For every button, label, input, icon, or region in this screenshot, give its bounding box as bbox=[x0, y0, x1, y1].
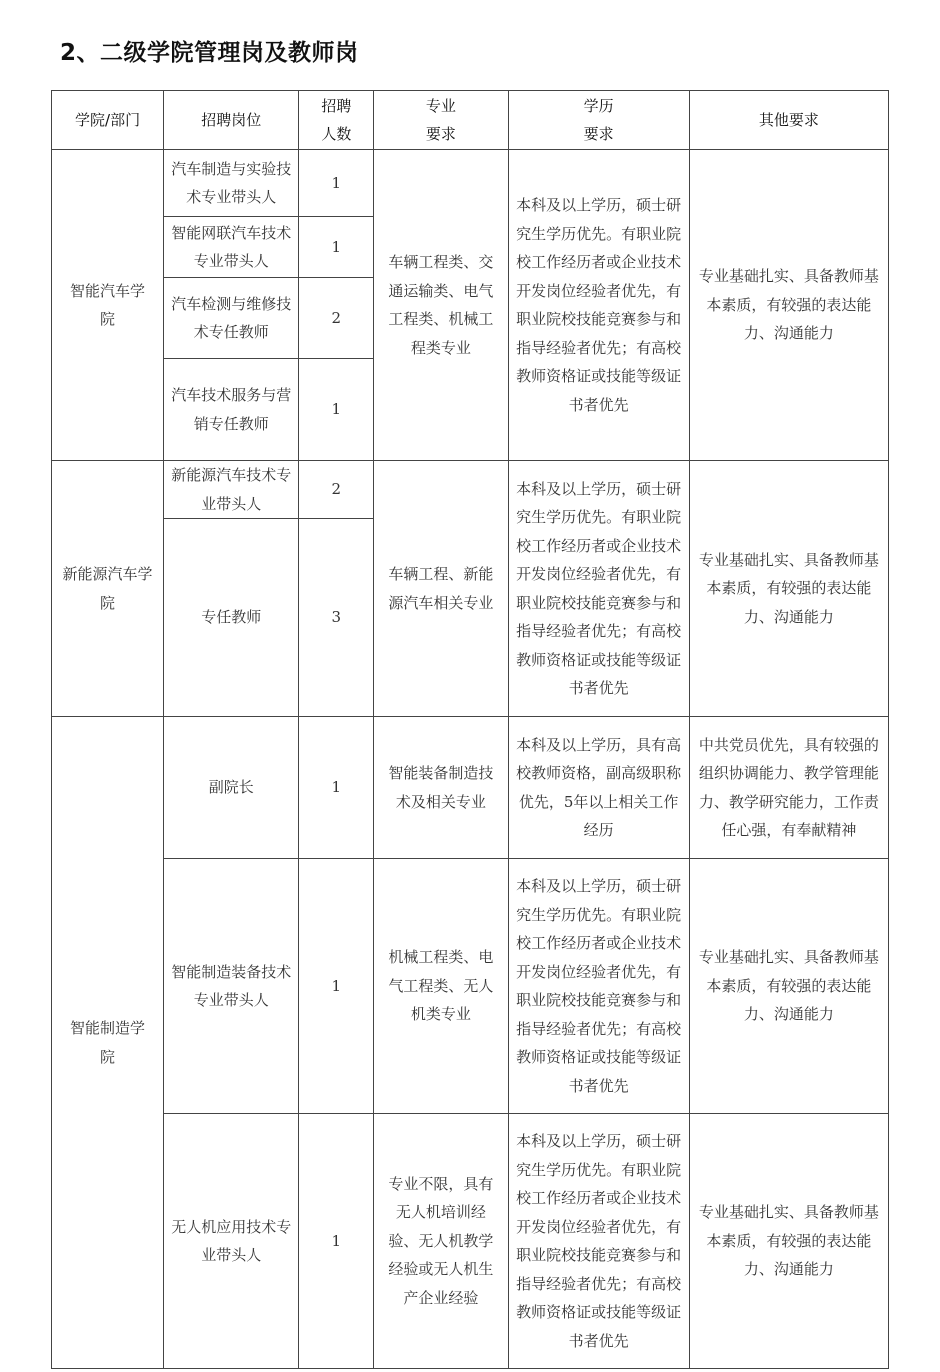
college-cell: 新能源汽车学院 bbox=[52, 461, 164, 717]
header-other: 其他要求 bbox=[689, 91, 888, 150]
education-cell: 本科及以上学历，硕士研究生学历优先。有职业院校工作经历者或企业技术开发岗位经验者… bbox=[508, 1114, 689, 1369]
count-cell: 1 bbox=[299, 150, 374, 217]
count-cell: 1 bbox=[299, 859, 374, 1114]
position-cell: 专任教师 bbox=[164, 519, 299, 717]
other-cell: 专业基础扎实、具备教师基本素质，有较强的表达能力、沟通能力 bbox=[689, 461, 888, 717]
count-cell: 1 bbox=[299, 1114, 374, 1369]
position-cell: 新能源汽车技术专业带头人 bbox=[164, 461, 299, 519]
college-name: 智能制造学院 bbox=[70, 1019, 145, 1066]
count-cell: 3 bbox=[299, 519, 374, 717]
count-cell: 2 bbox=[299, 278, 374, 359]
college-cell: 智能制造学院 bbox=[52, 717, 164, 1369]
other-cell: 专业基础扎实、具备教师基本素质，有较强的表达能力、沟通能力 bbox=[689, 150, 888, 461]
count-cell: 1 bbox=[299, 359, 374, 461]
header-position: 招聘岗位 bbox=[164, 91, 299, 150]
position-cell: 汽车技术服务与营销专任教师 bbox=[164, 359, 299, 461]
position-cell: 汽车检测与维修技术专任教师 bbox=[164, 278, 299, 359]
table-row: 智能制造装备技术专业带头人 1 机械工程类、电气工程类、无人机类专业 本科及以上… bbox=[52, 859, 889, 1114]
education-cell: 本科及以上学历，硕士研究生学历优先。有职业院校工作经历者或企业技术开发岗位经验者… bbox=[508, 150, 689, 461]
section-title: 2、二级学院管理岗及教师岗 bbox=[60, 34, 359, 67]
count-cell: 2 bbox=[299, 461, 374, 519]
major-cell: 车辆工程、新能源汽车相关专业 bbox=[374, 461, 508, 717]
major-cell: 专业不限，具有无人机培训经验、无人机教学经验或无人机生产企业经验 bbox=[374, 1114, 508, 1369]
header-college: 学院/部门 bbox=[52, 91, 164, 150]
table-row: 无人机应用技术专业带头人 1 专业不限，具有无人机培训经验、无人机教学经验或无人… bbox=[52, 1114, 889, 1369]
position-cell: 智能网联汽车技术专业带头人 bbox=[164, 217, 299, 278]
table-row: 智能汽车学院 汽车制造与实验技术专业带头人 1 车辆工程类、交通运输类、电气工程… bbox=[52, 150, 889, 217]
header-count: 招聘人数 bbox=[299, 91, 374, 150]
header-major-line1: 专业 bbox=[426, 97, 456, 115]
other-cell: 专业基础扎实、具备教师基本素质，有较强的表达能力、沟通能力 bbox=[689, 1114, 888, 1369]
header-count-line2: 人数 bbox=[321, 125, 351, 143]
education-cell: 本科及以上学历，硕士研究生学历优先。有职业院校工作经历者或企业技术开发岗位经验者… bbox=[508, 859, 689, 1114]
position-cell: 智能制造装备技术专业带头人 bbox=[164, 859, 299, 1114]
position-cell: 汽车制造与实验技术专业带头人 bbox=[164, 150, 299, 217]
college-name: 智能汽车学院 bbox=[70, 282, 145, 329]
recruitment-table: 学院/部门 招聘岗位 招聘人数 专业要求 学历要求 其他要求 智能汽车学院 汽车… bbox=[51, 90, 889, 1369]
count-cell: 1 bbox=[299, 717, 374, 859]
header-major: 专业要求 bbox=[374, 91, 508, 150]
header-row: 学院/部门 招聘岗位 招聘人数 专业要求 学历要求 其他要求 bbox=[52, 91, 889, 150]
major-cell: 机械工程类、电气工程类、无人机类专业 bbox=[374, 859, 508, 1114]
college-name: 新能源汽车学院 bbox=[63, 565, 153, 612]
header-count-line1: 招聘 bbox=[321, 97, 351, 115]
college-cell: 智能汽车学院 bbox=[52, 150, 164, 461]
header-major-line2: 要求 bbox=[426, 125, 456, 143]
other-cell: 中共党员优先，具有较强的组织协调能力、教学管理能力、教学研究能力，工作责任心强，… bbox=[689, 717, 888, 859]
major-cell: 车辆工程类、交通运输类、电气工程类、机械工程类专业 bbox=[374, 150, 508, 461]
position-cell: 副院长 bbox=[164, 717, 299, 859]
header-education: 学历要求 bbox=[508, 91, 689, 150]
header-education-line2: 要求 bbox=[584, 125, 614, 143]
major-cell: 智能装备制造技术及相关专业 bbox=[374, 717, 508, 859]
other-cell: 专业基础扎实、具备教师基本素质，有较强的表达能力、沟通能力 bbox=[689, 859, 888, 1114]
header-education-line1: 学历 bbox=[584, 97, 614, 115]
table-row: 智能制造学院 副院长 1 智能装备制造技术及相关专业 本科及以上学历，具有高校教… bbox=[52, 717, 889, 859]
count-cell: 1 bbox=[299, 217, 374, 278]
table-row: 新能源汽车学院 新能源汽车技术专业带头人 2 车辆工程、新能源汽车相关专业 本科… bbox=[52, 461, 889, 519]
position-cell: 无人机应用技术专业带头人 bbox=[164, 1114, 299, 1369]
education-cell: 本科及以上学历，硕士研究生学历优先。有职业院校工作经历者或企业技术开发岗位经验者… bbox=[508, 461, 689, 717]
education-cell: 本科及以上学历，具有高校教师资格，副高级职称优先，5年以上相关工作经历 bbox=[508, 717, 689, 859]
